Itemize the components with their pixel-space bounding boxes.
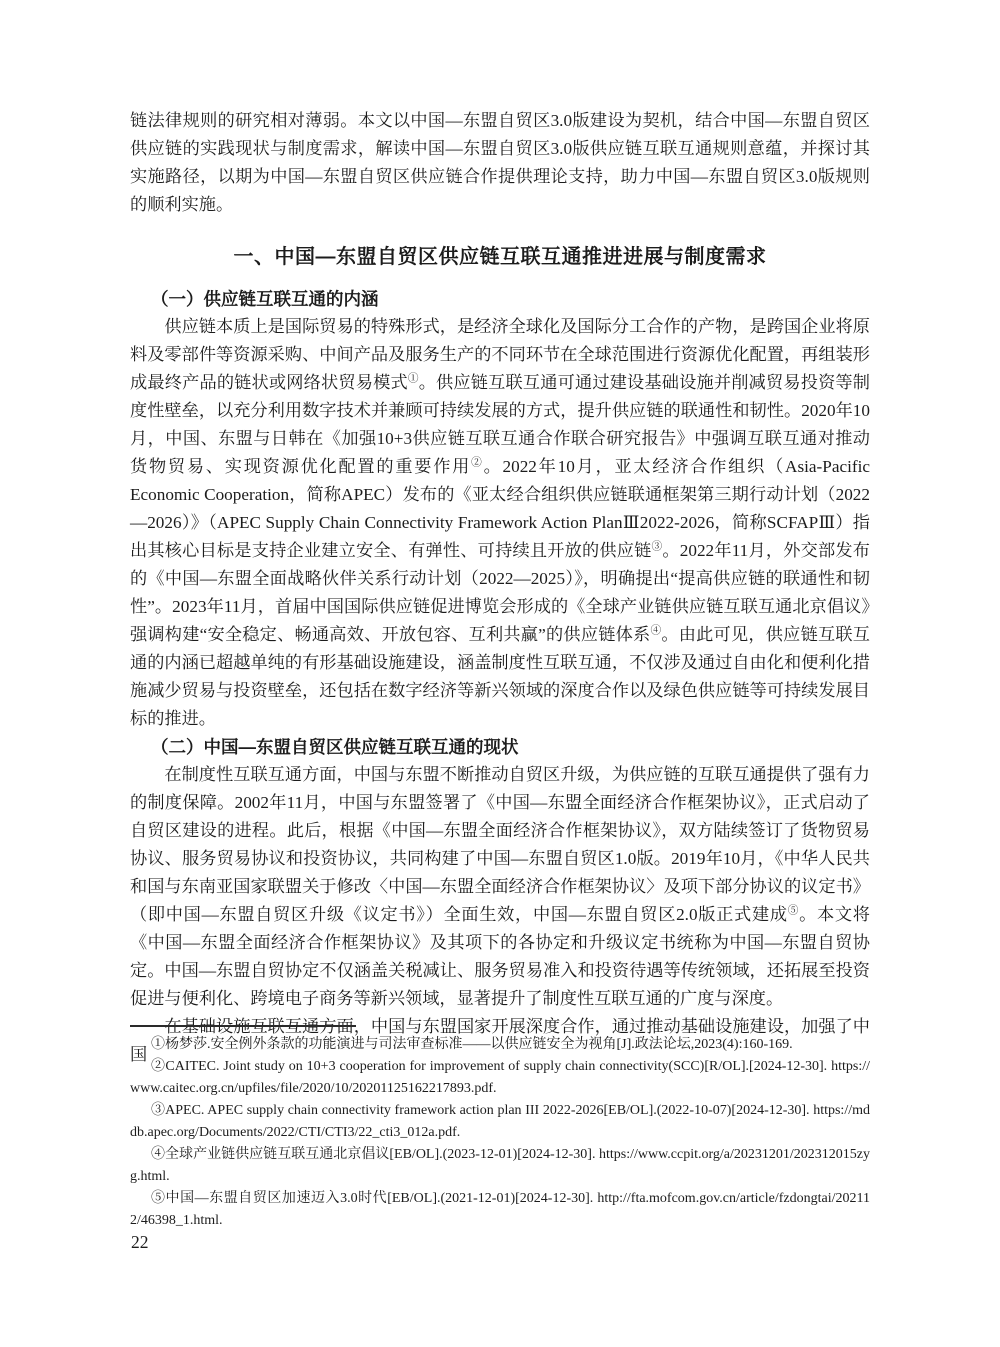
footnote-separator — [130, 1025, 356, 1027]
section-heading: 一、中国—东盟自贸区供应链互联互通推进进展与制度需求 — [130, 243, 870, 271]
text-run: 在制度性互联互通方面，中国与东盟不断推动自贸区升级，为供应链的互联互通提供了强有… — [130, 765, 870, 924]
footnote-marker: ③ — [652, 541, 663, 552]
footnote-item: ⑤中国—东盟自贸区加速迈入3.0时代[EB/OL].(2021-12-01)[2… — [130, 1188, 870, 1232]
footnotes: ①杨梦莎.安全例外条款的功能演进与司法审查标准——以供应链安全为视角[J].政法… — [130, 1034, 870, 1232]
page-number: 22 — [131, 1230, 149, 1254]
footnote-item: ③APEC. APEC supply chain connectivity fr… — [130, 1100, 870, 1144]
footnote-item: ④全球产业链供应链互联互通北京倡议[EB/OL].(2023-12-01)[20… — [130, 1144, 870, 1188]
article-body: 链法律规则的研究相对薄弱。本文以中国—东盟自贸区3.0版建设为契机，结合中国—东… — [130, 107, 870, 1069]
footnote-marker: ⑤ — [788, 905, 799, 916]
document-page: 链法律规则的研究相对薄弱。本文以中国—东盟自贸区3.0版建设为契机，结合中国—东… — [0, 0, 1000, 1347]
article-content: 链法律规则的研究相对薄弱。本文以中国—东盟自贸区3.0版建设为契机，结合中国—东… — [130, 107, 870, 1069]
footnote-item: ②CAITEC. Joint study on 10+3 cooperation… — [130, 1056, 870, 1100]
subsection-heading: （二）中国—东盟自贸区供应链互联互通的现状 — [130, 733, 870, 761]
text-run: 链法律规则的研究相对薄弱。本文以中国—东盟自贸区3.0版建设为契机，结合中国—东… — [130, 111, 870, 214]
footnote-item: ①杨梦莎.安全例外条款的功能演进与司法审查标准——以供应链安全为视角[J].政法… — [130, 1034, 870, 1056]
paragraph: 在制度性互联互通方面，中国与东盟不断推动自贸区升级，为供应链的互联互通提供了强有… — [130, 761, 870, 1013]
footnote-marker: ① — [408, 373, 419, 384]
footnote-marker: ② — [471, 457, 483, 468]
footnote-marker: ④ — [650, 625, 661, 636]
subsection-heading: （一）供应链互联互通的内涵 — [130, 285, 870, 313]
paragraph: 链法律规则的研究相对薄弱。本文以中国—东盟自贸区3.0版建设为契机，结合中国—东… — [130, 107, 870, 219]
paragraph: 供应链本质上是国际贸易的特殊形式，是经济全球化及国际分工合作的产物，是跨国企业将… — [130, 313, 870, 733]
footnote-area: ①杨梦莎.安全例外条款的功能演进与司法审查标准——以供应链安全为视角[J].政法… — [130, 1025, 870, 1232]
